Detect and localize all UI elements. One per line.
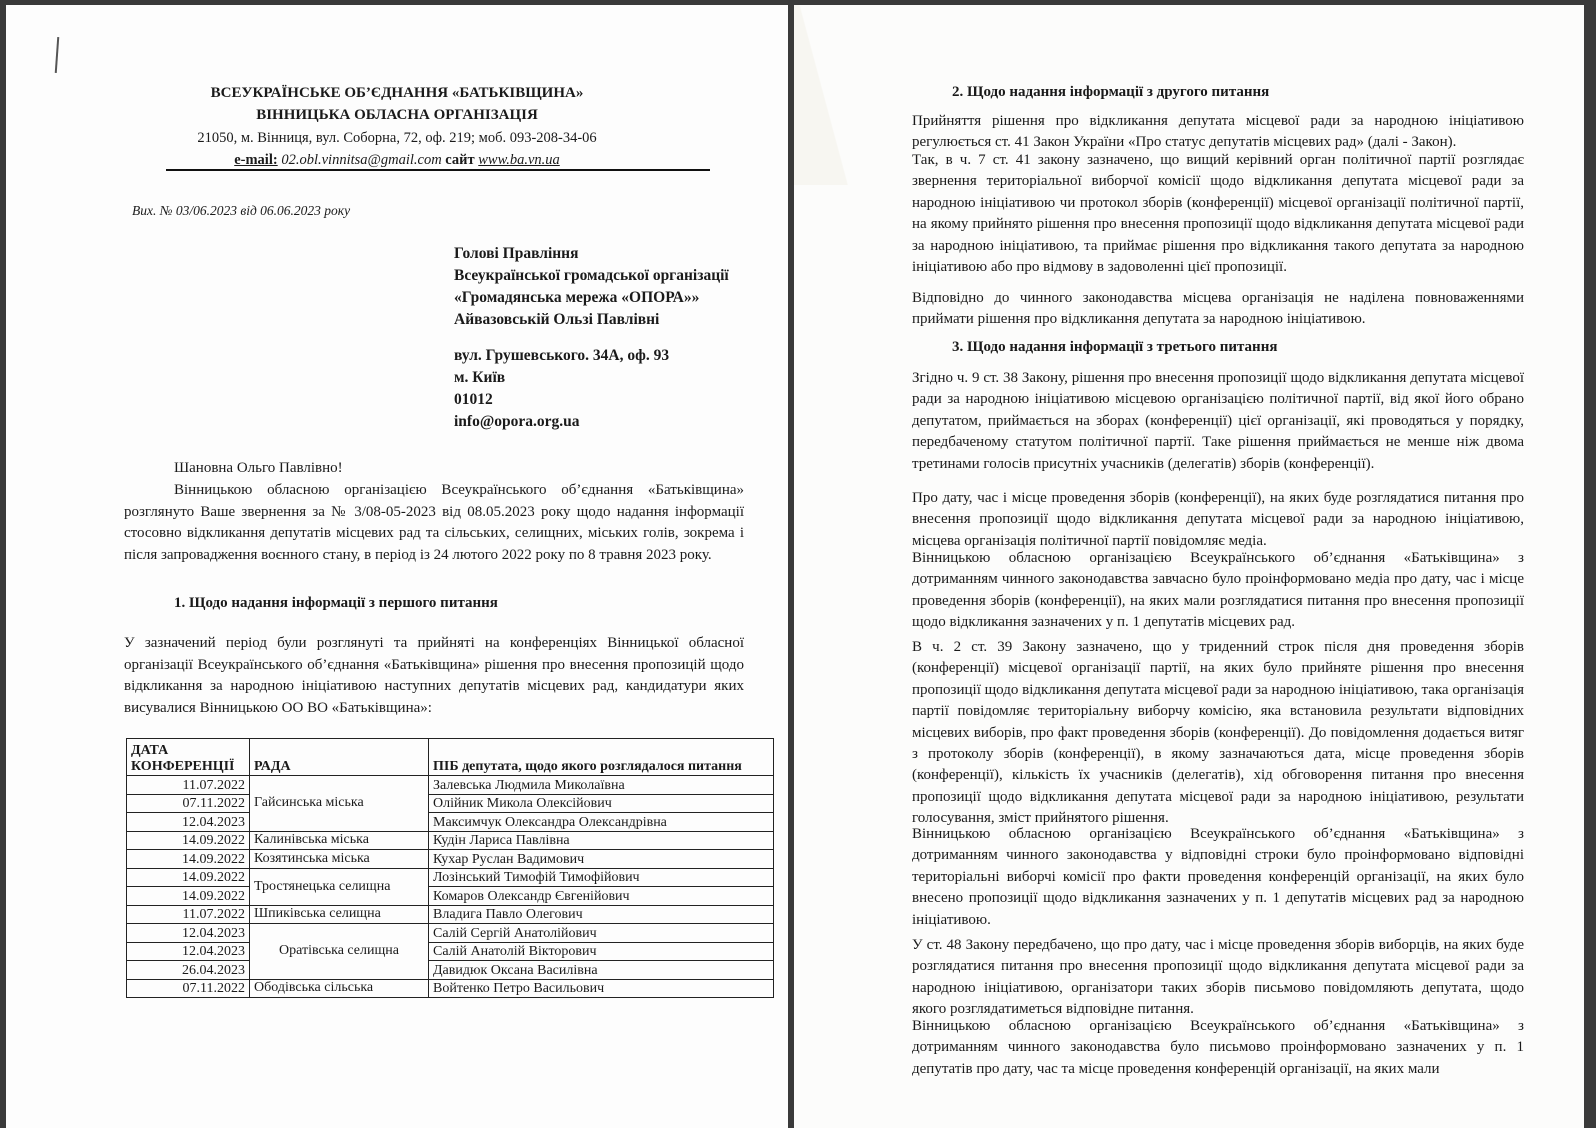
cell-date: 12.04.2023 [127,813,250,832]
letterhead-org-name: ВСЕУКРАЇНСЬКЕ ОБ’ЄДНАННЯ «БАТЬКІВЩИНА» [6,85,788,102]
table-row: 07.11.2022Олійник Микола Олексійович [127,794,774,813]
site-link[interactable]: www.ba.vn.ua [478,152,560,168]
section3-paragraph: Про дату, час і місце проведення зборів … [912,488,1524,552]
cell-deputy-name: Залевська Людмила Миколаївна [429,776,774,795]
recipient-address: вул. Грушевського. 34А, оф. 93 м. Київ 0… [454,345,669,433]
section3-paragraph: Вінницькою обласною організацією Всеукра… [912,824,1524,931]
cell-date: 11.07.2022 [127,776,250,795]
section3-title: 3. Щодо надання інформації з третього пи… [952,339,1277,356]
section1-paragraph: У зазначений період були розглянуті та п… [124,633,744,719]
cell-deputy-name: Комаров Олександр Євгенійович [429,887,774,906]
section3-paragraph: Вінницькою обласною організацією Всеукра… [912,1016,1524,1080]
cell-date: 11.07.2022 [127,905,250,924]
cell-date: 07.11.2022 [127,979,250,998]
section2-paragraph: Відповідно до чинного законодавства місц… [912,288,1524,331]
table-row: 07.11.2022Ободівська сільськаВойтенко Пе… [127,979,774,998]
table-row: 11.07.2022Шпиківська селищнаВладига Павл… [127,905,774,924]
recipient-line: Айвазовській Ользі Павлівні [454,309,729,331]
section3-paragraph: В ч. 2 ст. 39 Закону зазначено, що у три… [912,637,1524,830]
table-row: 14.09.2022Комаров Олександр Євгенійович [127,887,774,906]
recipient-line: «Громадянська мережа «ОПОРА»» [454,287,729,309]
table-row: 14.09.2022Тростянецька селищнаЛозінський… [127,868,774,887]
cell-date: 14.09.2022 [127,850,250,869]
deputies-table: ДАТА КОНФЕРЕНЦІЇ РАДА ПІБ депутата, щодо… [126,738,774,998]
section2-title: 2. Щодо надання інформації з другого пит… [952,84,1269,101]
section3-paragraph: У ст. 48 Закону передбачено, що про дату… [912,935,1524,1021]
cell-deputy-name: Войтенко Петро Васильович [429,979,774,998]
address-line: вул. Грушевського. 34А, оф. 93 [454,345,669,367]
intro-paragraph: Вінницькою обласною організацією Всеукра… [124,480,744,566]
cell-date: 12.04.2023 [127,924,250,943]
address-line: 01012 [454,389,669,411]
table-row: 12.04.2023Салій Анатолій Вікторович [127,942,774,961]
cell-deputy-name: Салій Анатолій Вікторович [429,942,774,961]
cell-date: 14.09.2022 [127,868,250,887]
table-row: 12.04.2023Максимчук Олександра Олександр… [127,813,774,832]
cell-rada: Тростянецька селищна [250,868,429,905]
recipient-line: Всеукраїнської громадської організації [454,265,729,287]
letterhead-org-branch: ВІННИЦЬКА ОБЛАСНА ОРГАНІЗАЦІЯ [6,107,788,124]
cell-deputy-name: Максимчук Олександра Олександрівна [429,813,774,832]
cell-deputy-name: Лозінський Тимофій Тимофійович [429,868,774,887]
cell-date: 07.11.2022 [127,794,250,813]
letterhead-divider [166,169,710,171]
section2-paragraph: Прийняття рішення про відкликання депута… [912,111,1524,154]
table-row: 26.04.2023Давидюк Оксана Василівна [127,961,774,980]
recipient-block: Голові Правління Всеукраїнської громадсь… [454,243,729,331]
cell-date: 14.09.2022 [127,831,250,850]
cell-deputy-name: Владига Павло Олегович [429,905,774,924]
address-line: info@opora.org.ua [454,411,669,433]
document-page-right: 2. Щодо надання інформації з другого пит… [794,5,1584,1128]
table-row: 11.07.2022Гайсинська міськаЗалевська Люд… [127,776,774,795]
cell-deputy-name: Кудін Лариса Павлівна [429,831,774,850]
cell-rada: Калинівська міська [250,831,429,850]
cell-deputy-name: Кухар Руслан Вадимович [429,850,774,869]
cell-deputy-name: Давидюк Оксана Василівна [429,961,774,980]
email-label: e-mail: [234,152,277,168]
section3-paragraph: Згідно ч. 9 ст. 38 Закону, рішення про в… [912,368,1524,475]
section3-paragraph: Вінницькою обласною організацією Всеукра… [912,548,1524,634]
table-body: 11.07.2022Гайсинська міськаЗалевська Люд… [127,776,774,998]
table-row: 14.09.2022Козятинська міськаКухар Руслан… [127,850,774,869]
greeting: Шановна Ольго Павлівно! [174,458,788,480]
letterhead-contacts: e-mail: 02.obl.vinnitsa@gmail.com сайт w… [6,152,788,169]
site-label: сайт [445,152,474,168]
table-row: 12.04.2023Оратівська селищнаСалій Сергій… [127,924,774,943]
letterhead-address: 21050, м. Вінниця, вул. Соборна, 72, оф.… [6,130,788,147]
recipient-line: Голові Правління [454,243,729,265]
section1-title: 1. Щодо надання інформації з першого пит… [174,595,498,612]
section2-paragraph: Так, в ч. 7 ст. 41 закону зазначено, що … [912,150,1524,278]
address-line: м. Київ [454,367,669,389]
table-row: 14.09.2022Калинівська міськаКудін Лариса… [127,831,774,850]
cell-rada: Гайсинська міська [250,776,429,832]
cell-date: 14.09.2022 [127,887,250,906]
table-header-row: ДАТА КОНФЕРЕНЦІЇ РАДА ПІБ депутата, щодо… [127,739,774,776]
header-rada: РАДА [250,739,429,776]
header-name: ПІБ депутата, щодо якого розглядалося пи… [429,739,774,776]
cell-deputy-name: Салій Сергій Анатолійович [429,924,774,943]
cell-rada: Козятинська міська [250,850,429,869]
cell-rada: Оратівська селищна [250,924,429,980]
outgoing-number: Вих. № 03/06.2023 від 06.06.2023 року [132,203,350,219]
cell-rada: Ободівська сільська [250,979,429,998]
cell-rada: Шпиківська селищна [250,905,429,924]
document-page-left: ВСЕУКРАЇНСЬКЕ ОБ’ЄДНАННЯ «БАТЬКІВЩИНА» В… [6,5,788,1128]
header-date: ДАТА КОНФЕРЕНЦІЇ [127,739,250,776]
email-link[interactable]: 02.obl.vinnitsa@gmail.com [281,152,441,168]
cell-deputy-name: Олійник Микола Олексійович [429,794,774,813]
page-fold-shadow [794,5,864,185]
cell-date: 26.04.2023 [127,961,250,980]
pen-mark [55,37,60,73]
cell-date: 12.04.2023 [127,942,250,961]
